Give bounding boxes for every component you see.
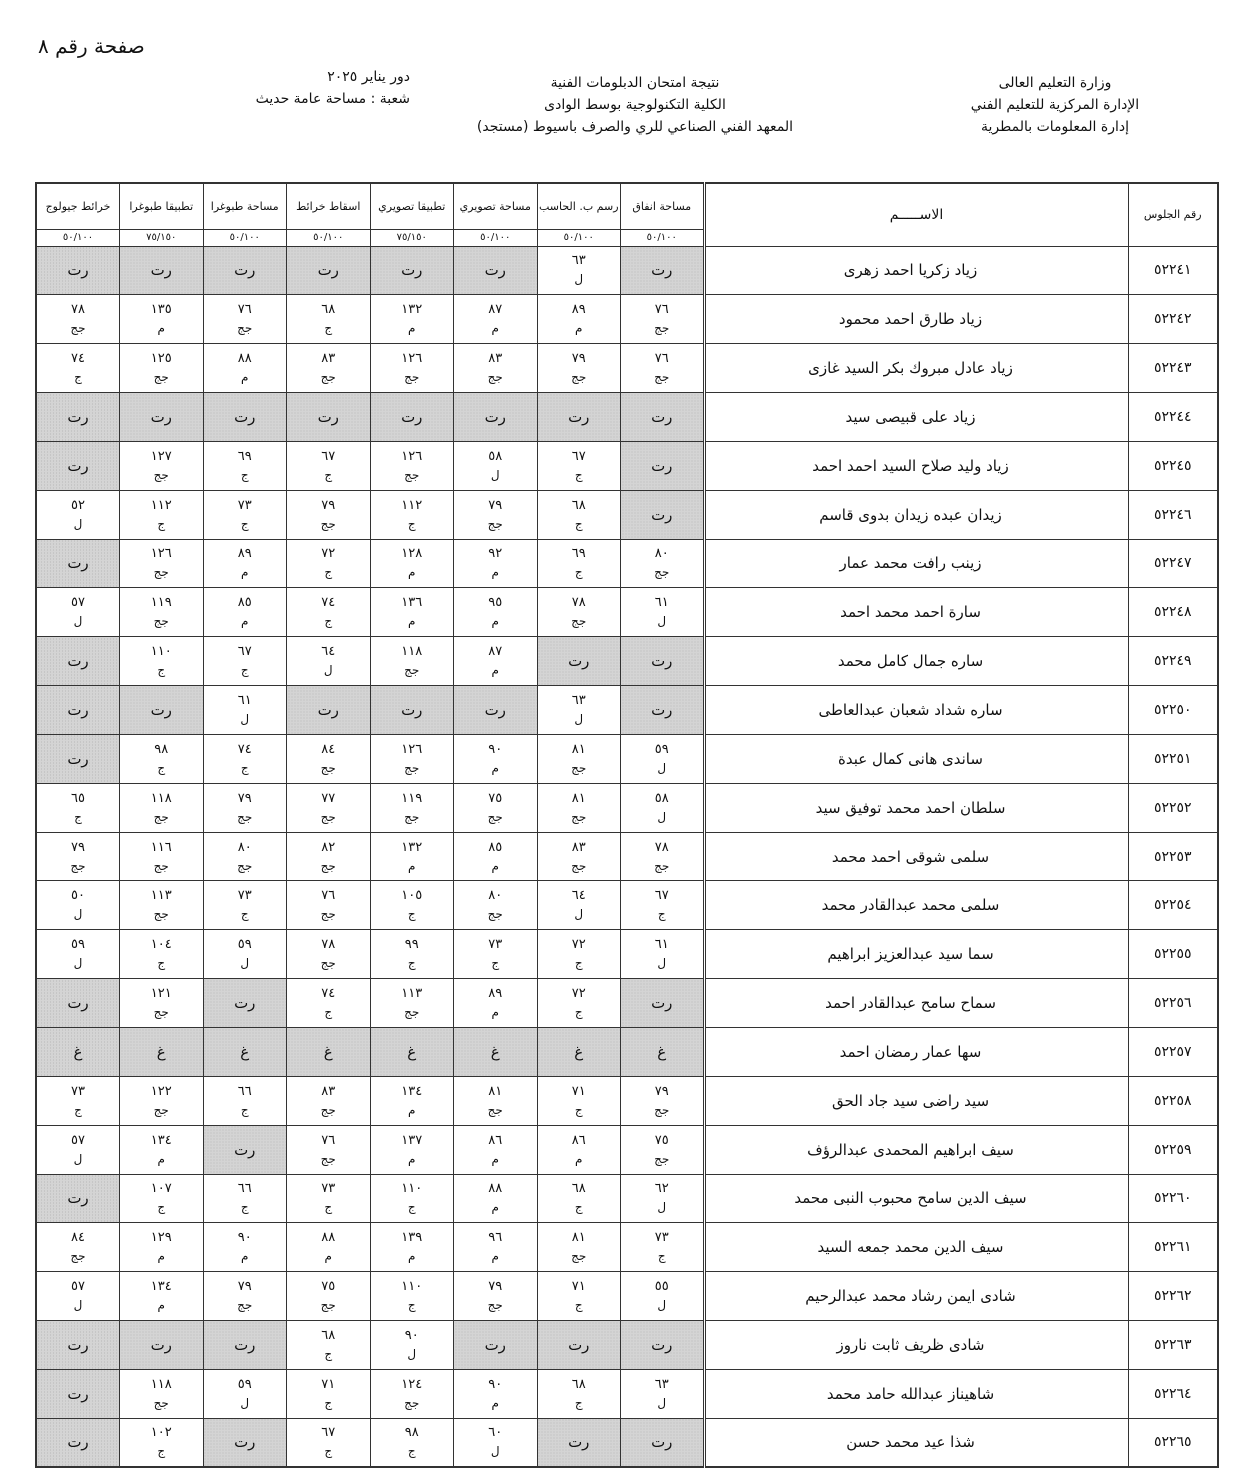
- grade-cell: ٥٢ل: [36, 490, 120, 539]
- grade-level: ج: [538, 515, 621, 533]
- score-value: ٥٩: [621, 741, 703, 759]
- grade-level: ج: [204, 759, 287, 777]
- grade-cell: ٧٨جج: [621, 832, 705, 881]
- score-value: ٧٣: [621, 1229, 703, 1247]
- score-value: ٦٣: [538, 252, 621, 270]
- score-value: ٧٣: [204, 887, 287, 905]
- grade-level: ج: [287, 466, 370, 484]
- grade-level: ج: [621, 1247, 703, 1265]
- score-value: رت: [287, 261, 370, 279]
- score-value: ٧٤: [37, 350, 119, 368]
- score-value: ٨١: [538, 790, 621, 808]
- score-value: ١٠٤: [120, 936, 203, 954]
- grade-cell: ٧٢ج: [537, 979, 621, 1028]
- score-value: ٥٠: [37, 887, 119, 905]
- grade-level: جج: [287, 954, 370, 972]
- grade-cell: رت: [120, 1321, 204, 1370]
- grade-level: جج: [371, 1394, 454, 1412]
- score-value: ٧٣: [287, 1180, 370, 1198]
- grade-level: جج: [120, 905, 203, 923]
- score-value: ٧١: [538, 1083, 621, 1101]
- table-row: ٥٢٢٤٨سارة احمد محمد احمد٦١ل٧٨جج٩٥م١٣٦م٧٤…: [36, 588, 1218, 637]
- score-value: ٦٦: [204, 1180, 287, 1198]
- grade-cell: ٨١جج: [537, 734, 621, 783]
- grade-cell: رت: [537, 637, 621, 686]
- grade-level: جج: [621, 368, 703, 386]
- score-value: ٧٨: [287, 936, 370, 954]
- subject-max-min: ٥٠/١٠٠: [287, 229, 371, 246]
- grade-cell: رت: [621, 979, 705, 1028]
- student-name: سلمى محمد عبدالقادر محمد: [704, 881, 1128, 930]
- score-value: ٧٦: [621, 301, 703, 319]
- grade-cell: ٧٤ج: [203, 734, 287, 783]
- grade-cell: رت: [287, 686, 371, 735]
- grade-cell: رت: [621, 1418, 705, 1467]
- score-value: رت: [287, 701, 370, 719]
- seat-number: ٥٢٢٤٤: [1128, 393, 1218, 442]
- grade-level: جج: [538, 857, 621, 875]
- grade-cell: ٦٨ج: [537, 490, 621, 539]
- grade-level: ج: [120, 1198, 203, 1216]
- grade-level: م: [371, 612, 454, 630]
- score-value: ٨٩: [538, 301, 621, 319]
- table-row: ٥٢٢٥١ساندى هانى كمال عبدة٥٩ل٨١جج٩٠م١٢٦جج…: [36, 734, 1218, 783]
- seat-number: ٥٢٢٤٥: [1128, 441, 1218, 490]
- score-value: ٦٨: [287, 301, 370, 319]
- grade-cell: ٩٠م: [454, 1369, 538, 1418]
- grade-cell: ١٢١جج: [120, 979, 204, 1028]
- table-row: ٥٢٢٤٩ساره جمال كامل محمدرترت٨٧م١١٨جج٦٤ل٦…: [36, 637, 1218, 686]
- score-value: ٨١: [538, 1229, 621, 1247]
- seat-number: ٥٢٢٥١: [1128, 734, 1218, 783]
- score-value: ٩٨: [371, 1424, 454, 1442]
- score-value: ١١٢: [371, 497, 454, 515]
- grade-cell: رت: [621, 490, 705, 539]
- grade-level: جج: [287, 368, 370, 386]
- grade-level: ج: [204, 515, 287, 533]
- score-value: رت: [621, 408, 703, 426]
- score-value: ٦٧: [538, 448, 621, 466]
- score-value: ٩٠: [204, 1229, 287, 1247]
- grade-level: ج: [371, 1198, 454, 1216]
- grade-level: ج: [371, 1296, 454, 1314]
- score-value: ٧٥: [287, 1278, 370, 1296]
- grade-cell: ٦٦ج: [203, 1174, 287, 1223]
- grade-level: م: [454, 563, 537, 581]
- grade-level: م: [120, 319, 203, 337]
- score-value: ٨٨: [454, 1180, 537, 1198]
- score-value: ٨٧: [454, 643, 537, 661]
- grade-cell: رت: [120, 393, 204, 442]
- grade-level: ج: [371, 515, 454, 533]
- score-value: رت: [204, 1336, 287, 1354]
- grade-level: جج: [37, 857, 119, 875]
- grade-cell: رت: [537, 393, 621, 442]
- grade-level: ج: [371, 1442, 454, 1460]
- grade-level: جج: [120, 857, 203, 875]
- grade-level: ج: [120, 661, 203, 679]
- grade-cell: ٦٧ج: [537, 441, 621, 490]
- grade-cell: رت: [36, 1418, 120, 1467]
- grade-level: م: [538, 1150, 621, 1168]
- score-value: ١٣٤: [120, 1132, 203, 1150]
- score-value: ٧٢: [538, 936, 621, 954]
- score-value: ٦٩: [204, 448, 287, 466]
- score-value: ٦٣: [621, 1376, 703, 1394]
- subject-max-min: ٥٠/١٠٠: [621, 229, 705, 246]
- score-value: رت: [371, 261, 454, 279]
- grade-cell: ٧٣ج: [621, 1223, 705, 1272]
- score-value: ٦٣: [538, 692, 621, 710]
- score-value: ٧٥: [621, 1132, 703, 1150]
- score-value: رت: [621, 994, 703, 1012]
- grade-cell: رت: [36, 246, 120, 295]
- score-value: ٧٤: [287, 594, 370, 612]
- grade-cell: رت: [36, 1369, 120, 1418]
- grade-cell: ٦٧ج: [203, 637, 287, 686]
- grade-cell: ٨٥م: [203, 588, 287, 637]
- grade-cell: ٧٦جج: [621, 344, 705, 393]
- grade-cell: ٦٢ل: [621, 1174, 705, 1223]
- score-value: ١١٣: [120, 887, 203, 905]
- score-value: رت: [287, 408, 370, 426]
- score-value: ٧٦: [204, 301, 287, 319]
- score-value: ١٢٤: [371, 1376, 454, 1394]
- grade-cell: ١٢٨م: [370, 539, 454, 588]
- grade-level: ج: [120, 954, 203, 972]
- grade-cell: ١٣٤م: [120, 1272, 204, 1321]
- ministry-name: وزارة التعليم العالى: [930, 72, 1180, 94]
- grade-level: ل: [37, 1296, 119, 1314]
- score-value: ٧٩: [204, 1278, 287, 1296]
- grade-level: جج: [287, 1101, 370, 1119]
- grade-cell: ٧٩جج: [454, 1272, 538, 1321]
- table-row: ٥٢٢٦١سيف الدين محمد جمعه السيد٧٣ج٨١جج٩٦م…: [36, 1223, 1218, 1272]
- score-value: ٦٢: [621, 1180, 703, 1198]
- grade-cell: ٦١ل: [621, 930, 705, 979]
- grade-cell: ٧٨جج: [287, 930, 371, 979]
- score-value: ٨١: [454, 1083, 537, 1101]
- grade-level: جج: [287, 1296, 370, 1314]
- student-name: ساندى هانى كمال عبدة: [704, 734, 1128, 783]
- score-value: رت: [37, 261, 119, 279]
- grade-cell: ٧٣ج: [203, 881, 287, 930]
- table-row: ٥٢٢٤٧زينب رافت محمد عمار٨٠جج٦٩ج٩٢م١٢٨م٧٢…: [36, 539, 1218, 588]
- score-value: رت: [37, 554, 119, 572]
- grade-cell: رت: [203, 1321, 287, 1370]
- table-row: ٥٢٢٥٣سلمى شوقى احمد محمد٧٨جج٨٣جج٨٥م١٣٢م٨…: [36, 832, 1218, 881]
- grade-cell: ١١٠ج: [370, 1174, 454, 1223]
- grade-cell: ١١٢ج: [120, 490, 204, 539]
- grade-cell: ٨٤جج: [36, 1223, 120, 1272]
- student-name: سارة احمد محمد احمد: [704, 588, 1128, 637]
- grade-cell: رت: [621, 686, 705, 735]
- score-value: ٦٨: [538, 1376, 621, 1394]
- score-value: ٨٨: [204, 350, 287, 368]
- grade-level: م: [371, 857, 454, 875]
- grade-level: جج: [371, 466, 454, 484]
- score-value: رت: [454, 261, 537, 279]
- grade-cell: ١٢٤جج: [370, 1369, 454, 1418]
- grade-cell: ١١٨جج: [120, 1369, 204, 1418]
- grade-cell: ٨٣جج: [287, 1076, 371, 1125]
- score-value: ١٣٧: [371, 1132, 454, 1150]
- score-value: رت: [204, 261, 287, 279]
- grade-level: ل: [37, 612, 119, 630]
- score-value: ٧٦: [287, 887, 370, 905]
- grade-cell: ٩٥م: [454, 588, 538, 637]
- student-name: زياد طارق احمد محمود: [704, 295, 1128, 344]
- grade-cell: غ: [537, 1028, 621, 1077]
- grade-cell: ٥٩ل: [36, 930, 120, 979]
- student-name: سماح سامح عبدالقادر احمد: [704, 979, 1128, 1028]
- grade-level: جج: [454, 515, 537, 533]
- grade-cell: رت: [621, 246, 705, 295]
- grade-cell: ٦٤ل: [537, 881, 621, 930]
- grade-cell: ٧٨جج: [537, 588, 621, 637]
- score-value: ٧١: [287, 1376, 370, 1394]
- grade-cell: ١١٠ج: [370, 1272, 454, 1321]
- score-value: ١٣٩: [371, 1229, 454, 1247]
- table-row: ٥٢٢٥٢سلطان احمد محمد توفيق سيد٥٨ل٨١جج٧٥ج…: [36, 783, 1218, 832]
- grade-level: ج: [371, 905, 454, 923]
- grade-cell: غ: [370, 1028, 454, 1077]
- score-value: ٧٨: [538, 594, 621, 612]
- grade-cell: ١٠٥ج: [370, 881, 454, 930]
- student-name: شادى ايمن رشاد محمد عبدالرحيم: [704, 1272, 1128, 1321]
- score-value: ٥٧: [37, 1278, 119, 1296]
- grade-cell: ٦٣ل: [537, 246, 621, 295]
- score-value: ٨٥: [204, 594, 287, 612]
- grade-cell: ٧٤ج: [287, 979, 371, 1028]
- grade-cell: ٧٧جج: [287, 783, 371, 832]
- grade-cell: ٧٩جج: [287, 490, 371, 539]
- information-department: إدارة المعلومات بالمطرية: [930, 116, 1180, 138]
- table-header-row: رقم الجلوس الاســـــم مساحة انفاق رسم ب.…: [36, 183, 1218, 229]
- grade-level: جج: [371, 661, 454, 679]
- grade-level: م: [371, 1150, 454, 1168]
- grade-level: م: [454, 857, 537, 875]
- score-value: ٨٦: [538, 1132, 621, 1150]
- score-value: ٨٩: [204, 545, 287, 563]
- grade-cell: ٧٨جج: [36, 295, 120, 344]
- seat-number: ٥٢٢٤٨: [1128, 588, 1218, 637]
- grade-level: م: [454, 1247, 537, 1265]
- seat-number: ٥٢٢٦٢: [1128, 1272, 1218, 1321]
- score-value: ٧٩: [287, 497, 370, 515]
- grade-level: ل: [621, 1394, 703, 1412]
- score-value: ١١٠: [371, 1180, 454, 1198]
- student-name: سلمى شوقى احمد محمد: [704, 832, 1128, 881]
- seat-number: ٥٢٢٦٣: [1128, 1321, 1218, 1370]
- score-value: رت: [37, 1189, 119, 1207]
- grade-cell: ١١٩جج: [120, 588, 204, 637]
- grade-cell: ٦٩ج: [537, 539, 621, 588]
- grade-level: ل: [37, 954, 119, 972]
- score-value: رت: [621, 261, 703, 279]
- grade-level: م: [454, 319, 537, 337]
- grade-level: جج: [287, 857, 370, 875]
- score-value: ٨٣: [538, 839, 621, 857]
- grade-level: ج: [538, 954, 621, 972]
- grade-level: جج: [120, 368, 203, 386]
- grade-cell: ٦٨ج: [537, 1174, 621, 1223]
- score-value: رت: [120, 408, 203, 426]
- grade-level: ج: [538, 1198, 621, 1216]
- score-value: ٨٠: [621, 545, 703, 563]
- grade-cell: ٥٩ل: [621, 734, 705, 783]
- grade-cell: ٨٠جج: [203, 832, 287, 881]
- grade-cell: رت: [621, 441, 705, 490]
- grade-level: ج: [204, 661, 287, 679]
- grade-cell: ٨١جج: [454, 1076, 538, 1125]
- grade-cell: رت: [120, 686, 204, 735]
- score-value: رت: [454, 701, 537, 719]
- grade-cell: ٧٣ج: [454, 930, 538, 979]
- session-header: دور يناير ٢٠٢٥ شعبة : مساحة عامة حديث: [210, 66, 410, 110]
- grade-cell: ٧١ج: [287, 1369, 371, 1418]
- grade-level: جج: [120, 563, 203, 581]
- grade-cell: رت: [621, 393, 705, 442]
- page-number-label: صفحة رقم ٨: [38, 34, 145, 58]
- score-value: ١٢٦: [120, 545, 203, 563]
- grade-cell: ٧٣ج: [287, 1174, 371, 1223]
- grade-cell: رت: [621, 1321, 705, 1370]
- score-value: ٦١: [621, 936, 703, 954]
- grade-cell: رت: [203, 1125, 287, 1174]
- seat-number: ٥٢٢٤٢: [1128, 295, 1218, 344]
- score-value: ٧٤: [204, 741, 287, 759]
- grade-level: ج: [538, 1296, 621, 1314]
- grade-cell: ٦٤ل: [287, 637, 371, 686]
- score-value: ٦٦: [204, 1083, 287, 1101]
- table-row: ٥٢٢٦٥شذا عيد محمد حسنرترت٦٠ل٩٨ج٦٧جرت١٠٢ج…: [36, 1418, 1218, 1467]
- grade-level: ج: [287, 1345, 370, 1363]
- grade-level: م: [454, 661, 537, 679]
- score-value: ٧٢: [287, 545, 370, 563]
- division-name: شعبة : مساحة عامة حديث: [210, 88, 410, 110]
- grade-level: ل: [621, 1296, 703, 1314]
- score-value: رت: [37, 1433, 119, 1451]
- score-value: رت: [37, 652, 119, 670]
- score-value: ١٢٩: [120, 1229, 203, 1247]
- grade-level: ج: [120, 759, 203, 777]
- grade-level: ج: [287, 319, 370, 337]
- seat-number: ٥٢٢٥٠: [1128, 686, 1218, 735]
- grade-level: ج: [287, 1442, 370, 1460]
- score-value: ٥٧: [37, 594, 119, 612]
- seat-number: ٥٢٢٤٩: [1128, 637, 1218, 686]
- score-value: ٧٩: [454, 497, 537, 515]
- grade-level: ج: [287, 1198, 370, 1216]
- grade-cell: ٨٢جج: [287, 832, 371, 881]
- grade-cell: ١٣٢م: [370, 832, 454, 881]
- table-row: ٥٢٢٤٥زياد وليد صلاح السيد احمد احمدرت٦٧ج…: [36, 441, 1218, 490]
- subject-header: خرائط جيولوج: [36, 183, 120, 229]
- score-value: رت: [204, 994, 287, 1012]
- score-value: رت: [120, 701, 203, 719]
- subject-max-min: ٥٠/١٠٠: [454, 229, 538, 246]
- grade-level: ج: [287, 1394, 370, 1412]
- table-row: ٥٢٢٤٤زياد على قبيصى سيدرترترترترترترترت: [36, 393, 1218, 442]
- grade-cell: رت: [287, 393, 371, 442]
- subject-header: تطبيقا تصويري: [370, 183, 454, 229]
- grade-level: م: [120, 1150, 203, 1168]
- grade-cell: ٩٩ج: [370, 930, 454, 979]
- grade-level: م: [454, 612, 537, 630]
- grade-level: ج: [538, 466, 621, 484]
- student-name: زياد زكريا احمد زهرى: [704, 246, 1128, 295]
- grade-level: م: [371, 1101, 454, 1119]
- grade-cell: ٨٩م: [454, 979, 538, 1028]
- grade-cell: ١٢٧جج: [120, 441, 204, 490]
- score-value: ٨٤: [37, 1229, 119, 1247]
- score-value: ٧٢: [538, 985, 621, 1003]
- score-value: ٥٩: [204, 1376, 287, 1394]
- grade-level: جج: [621, 563, 703, 581]
- grade-cell: ٦٨ج: [287, 295, 371, 344]
- grade-cell: ٩٠ل: [370, 1321, 454, 1370]
- grade-level: ل: [204, 710, 287, 728]
- grade-level: ج: [538, 1101, 621, 1119]
- score-value: ٨٠: [204, 839, 287, 857]
- grade-level: جج: [371, 808, 454, 826]
- score-value: غ: [204, 1043, 287, 1061]
- seat-number: ٥٢٢٦٠: [1128, 1174, 1218, 1223]
- grade-cell: ٧٦جج: [203, 295, 287, 344]
- seat-number: ٥٢٢٥٣: [1128, 832, 1218, 881]
- score-value: ١٣٢: [371, 839, 454, 857]
- score-value: ١٣٤: [120, 1278, 203, 1296]
- table-row: ٥٢٢٤٣زياد عادل مبروك بكر السيد غازى٧٦جج٧…: [36, 344, 1218, 393]
- grade-cell: ٦٧ج: [621, 881, 705, 930]
- grade-cell: ٧٥جج: [621, 1125, 705, 1174]
- grade-cell: غ: [36, 1028, 120, 1077]
- grade-cell: ٨١جج: [537, 783, 621, 832]
- score-value: رت: [454, 408, 537, 426]
- student-name: ساره جمال كامل محمد: [704, 637, 1128, 686]
- score-value: ٦٩: [538, 545, 621, 563]
- grade-cell: ٩٦م: [454, 1223, 538, 1272]
- score-value: ٨٣: [287, 350, 370, 368]
- table-row: ٥٢٢٥٨سيد راضى سيد جاد الحق٧٩جج٧١ج٨١جج١٣٤…: [36, 1076, 1218, 1125]
- grade-cell: ٥٨ل: [621, 783, 705, 832]
- grade-level: جج: [454, 368, 537, 386]
- grade-cell: رت: [36, 539, 120, 588]
- score-value: ١٢٨: [371, 545, 454, 563]
- grade-cell: رت: [203, 1418, 287, 1467]
- grade-level: جج: [120, 612, 203, 630]
- seat-number-header: رقم الجلوس: [1128, 183, 1218, 246]
- score-value: ٧٩: [538, 350, 621, 368]
- score-value: ٧٧: [287, 790, 370, 808]
- grade-cell: ٩٠م: [454, 734, 538, 783]
- grade-cell: غ: [287, 1028, 371, 1077]
- score-value: رت: [538, 652, 621, 670]
- score-value: ٨٢: [287, 839, 370, 857]
- score-value: ١٢٧: [120, 448, 203, 466]
- grade-level: ل: [454, 1442, 537, 1460]
- grade-cell: ١٢٦جج: [370, 344, 454, 393]
- ministry-header: وزارة التعليم العالى الإدارة المركزية لل…: [930, 72, 1180, 138]
- grade-cell: ٥٨ل: [454, 441, 538, 490]
- score-value: ١٢٦: [371, 350, 454, 368]
- score-value: ٧٩: [37, 839, 119, 857]
- grade-level: ل: [37, 1150, 119, 1168]
- grade-cell: ٨٦م: [537, 1125, 621, 1174]
- grade-cell: ٦٧ج: [287, 1418, 371, 1467]
- grade-cell: ٧٤ج: [287, 588, 371, 637]
